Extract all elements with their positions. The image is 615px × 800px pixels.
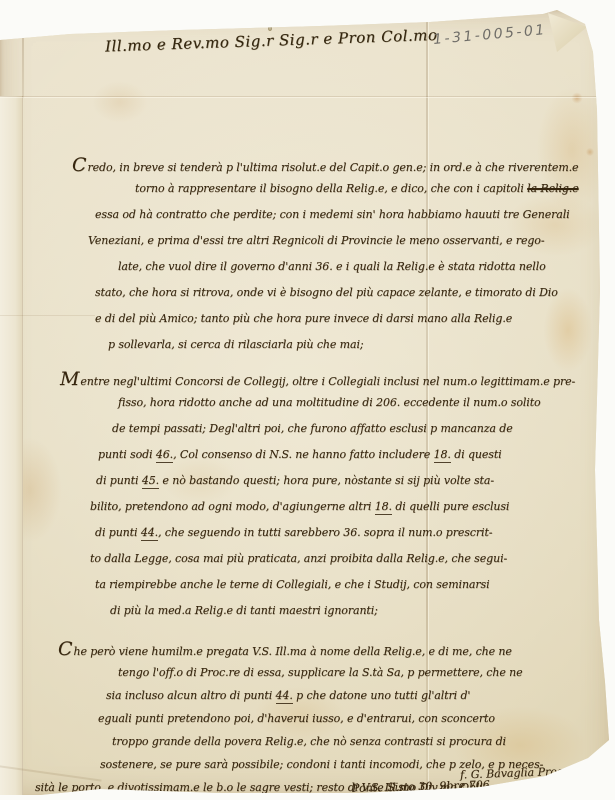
body-line: sità le porto, e divotissimam.e le b.o l… — [35, 781, 610, 800]
underlined-number: 18. — [434, 448, 451, 463]
body-line: Mentre negl'ultimi Concorsi de Collegij,… — [58, 370, 610, 396]
initial-capital: M — [60, 368, 79, 390]
body-line: troppo grande della povera Relig.e, che … — [58, 735, 610, 758]
body-line: di più la med.a Relig.e di tanti maestri… — [58, 604, 610, 630]
body-line: to dalla Legge, cosa mai più praticata, … — [58, 552, 610, 578]
under-sheet-edge — [0, 96, 23, 798]
body-line: essa od hà contratto che perdite; con i … — [58, 208, 610, 234]
folded-corner — [540, 10, 592, 56]
body-line: fisso, hora ridotto anche ad una moltitu… — [58, 396, 610, 422]
underlined-number: 45. — [142, 474, 159, 489]
body-line: tengo l'off.o di Proc.re di essa, suppli… — [58, 666, 610, 689]
body-line: bilito, pretendono ad ogni modo, d'agiun… — [58, 500, 610, 526]
salutation-heading: Ill.mo e Rev.mo Sig.r Sig.r e Pron Col.m… — [105, 27, 420, 56]
body-line: punti sodi 46., Col consenso di N.S. ne … — [58, 448, 610, 474]
body-line: late, che vuol dire il governo d'anni 36… — [58, 260, 610, 286]
initial-capital: C — [58, 638, 72, 660]
left-fold-crease — [22, 10, 24, 98]
underlined-number: 46. — [156, 448, 173, 463]
pin-hole — [268, 26, 272, 31]
body-line: di punti 45. e nò bastando questi; hora … — [58, 474, 610, 500]
underlined-number: 44. — [141, 526, 158, 541]
body-line: ta riempirebbe anche le terne di Collegi… — [58, 578, 610, 604]
horizontal-crease — [0, 96, 612, 97]
struck-out-text: la Relig.e — [527, 182, 578, 195]
initial-capital: C — [72, 154, 86, 176]
underlined-number: 18. — [375, 500, 392, 515]
underlined-number: 44. — [276, 689, 293, 704]
body-line: p sollevarla, si cerca di rilasciarla pi… — [58, 338, 610, 364]
body-line: e di del più Amico; tanto più che hora p… — [58, 312, 610, 338]
body-line: di punti 44., che seguendo in tutti sare… — [58, 526, 610, 552]
catalog-number: 1-31-005-01 — [433, 22, 548, 48]
body-line: de tempi passati; Degl'altri poi, che fu… — [58, 422, 610, 448]
letter-paper: Ill.mo e Rev.mo Sig.r Sig.r e Pron Col.m… — [0, 10, 612, 798]
body-line: stato, che hora si ritrova, onde vi è bi… — [58, 286, 610, 312]
body-line: sia incluso alcun altro di punti 44. p c… — [58, 689, 610, 712]
body-line: eguali punti pretendono poi, d'haverui i… — [58, 712, 610, 735]
body-line: torno à rappresentare il bisogno della R… — [58, 182, 610, 208]
body-line: Veneziani, e prima d'essi tre altri Regn… — [58, 234, 610, 260]
letter-body: Credo, in breve si tenderà p l'ultima ri… — [58, 156, 610, 800]
body-line: Credo, in breve si tenderà p l'ultima ri… — [58, 156, 610, 182]
body-line: Che però viene humilm.e pregata V.S. Ill… — [58, 640, 610, 666]
